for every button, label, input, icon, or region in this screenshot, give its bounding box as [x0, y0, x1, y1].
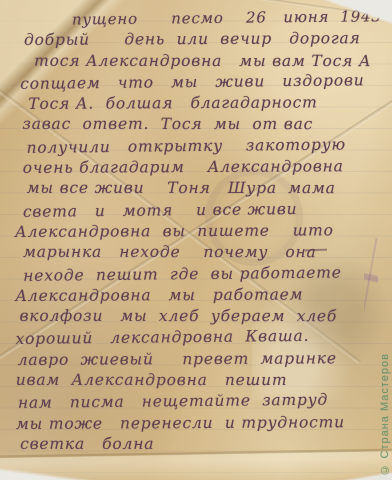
letter-line: вколфози мы хлеб убераем хлеб	[19, 306, 386, 328]
letter-text: пущено песмо 26 июня 1943 г. добрый день…	[14, 7, 387, 456]
letter-line: очень благадарим Александровна	[23, 156, 386, 179]
letter-line: света и мотя и все живи	[23, 198, 386, 223]
letter-line: Александровна вы пишете што	[15, 220, 386, 243]
letter-line: Александровна мы работаем	[15, 284, 386, 307]
letter-line: лавро жиевый превет маринке	[18, 348, 387, 371]
letter-line: марынка неходе почему она	[23, 242, 386, 264]
scan-corner-bottom-left	[0, 464, 120, 480]
letter-line: нам писма нещетайте затруд	[18, 389, 387, 414]
letter-line: хороший лександровна Кваша.	[15, 326, 386, 351]
letter-scan: пущено песмо 26 июня 1943 г. добрый день…	[0, 0, 392, 480]
site-watermark: © Страна Мастеров	[379, 353, 391, 476]
letter-line: неходе пешит где вы работаете	[23, 262, 386, 287]
letter-line: мы тоже перенесли и трудности	[16, 412, 387, 435]
letter-line: светка болна	[20, 434, 387, 456]
letter-line: мы все живи Тоня Шура мама	[27, 178, 386, 200]
letter-line: завас ответ. Тося мы от вас	[22, 114, 385, 136]
letter-line: получили открытку закоторую	[26, 134, 385, 159]
letter-line: тося Александровна мы вам Тося А	[34, 50, 385, 72]
scan-corner-top-right	[318, 0, 392, 26]
letter-line: ивам Александровна пешит	[16, 370, 387, 392]
letter-line: сопщаем что мы живи издорови	[20, 70, 385, 95]
letter-line: Тося А. болшая благадарност	[28, 92, 385, 115]
letter-line: добрый день или вечир дорогая	[24, 28, 385, 51]
